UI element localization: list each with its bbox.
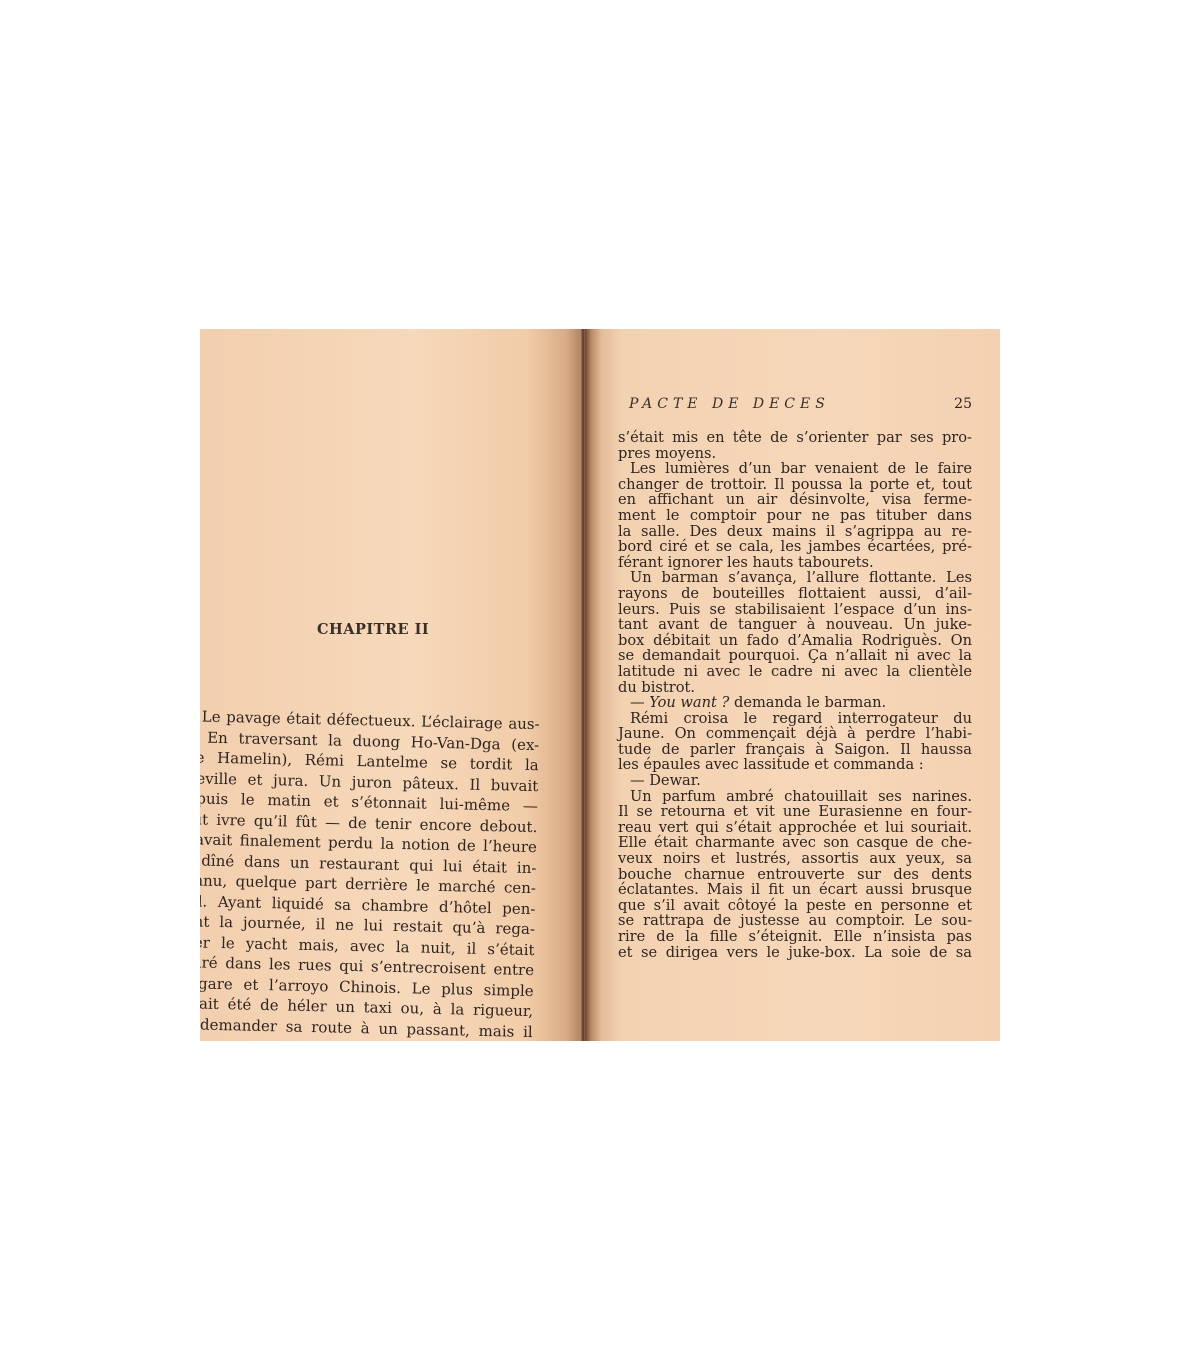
text-line: que s’il avait côtoyé la peste en person… — [618, 898, 972, 914]
text-line: Rémi croisa le regard interrogateur du — [618, 711, 972, 727]
running-head: PACTE DE DECES — [629, 396, 830, 412]
text-line: veux noirs et lustrés, assortis aux yeux… — [618, 851, 972, 867]
text-line: — You want ? demanda le barman. — [618, 695, 972, 711]
text-line: bord ciré et se cala, les jambes écartée… — [618, 539, 972, 555]
text-line: — Dewar. — [618, 773, 972, 789]
text-line: férant ignorer les hauts tabourets. — [618, 555, 972, 571]
text-line: la salle. Des deux mains il s’agrippa au… — [618, 524, 972, 540]
text-line: pres moyens. — [618, 446, 972, 462]
text-line: et se dirigea vers le juke-box. La soie … — [618, 945, 972, 961]
text-line: tude de parler français à Saigon. Il hau… — [618, 742, 972, 758]
text-line: rayons de bouteilles flottaient aussi, d… — [618, 586, 972, 602]
text-line: leurs. Puis se stabilisaient l’espace d’… — [618, 602, 972, 618]
text-line: rire de la fille s’éteignit. Elle n’insi… — [618, 929, 972, 945]
text-line: ment le comptoir pour ne pas tituber dan… — [618, 508, 972, 524]
chapter-title: CHAPITRE II — [317, 621, 429, 638]
text-line: Il se retourna et vit une Eurasienne en … — [618, 804, 972, 820]
left-page-body: Le pavage était défectueux. L’éclairage … — [200, 706, 540, 1041]
text-line: éclatantes. Mais il fit un écart aussi b… — [618, 882, 972, 898]
text-line: box débitait un fado d’Amalia Rodriguès.… — [618, 633, 972, 649]
text-line: Elle était charmante avec son casque de … — [618, 835, 972, 851]
text-line: se rattrapa de justesse au comptoir. Le … — [618, 913, 972, 929]
text-line: Jaune. On commençait déjà à perdre l’hab… — [618, 726, 972, 742]
book-spread: CHAPITRE II Le pavage était défectueux. … — [200, 329, 1000, 1041]
text-line: tant avant de tanguer à nouveau. Un juke… — [618, 617, 972, 633]
text-line: latitude ni avec le cadre ni avec la cli… — [618, 664, 972, 680]
right-page-body: s’était mis en tête de s’orienter par se… — [618, 430, 972, 960]
text-line: s’était mis en tête de s’orienter par se… — [618, 430, 972, 446]
page-number: 25 — [954, 396, 972, 412]
text-line: se demandait pourquoi. Ça n’allait ni av… — [618, 648, 972, 664]
text-line: Un barman s’avança, l’allure flottante. … — [618, 570, 972, 586]
text-line: bouche charnue entrouverte sur des dents — [618, 867, 972, 883]
text-line: reau vert qui s’était approchée et lui s… — [618, 820, 972, 836]
left-page: CHAPITRE II Le pavage était défectueux. … — [200, 329, 585, 1041]
text-line: en affichant un air désinvolte, visa fer… — [618, 492, 972, 508]
text-line: Les lumières d’un bar venaient de le fai… — [618, 461, 972, 477]
text-line: du bistrot. — [618, 680, 972, 696]
text-line: les épaules avec lassitude et commanda : — [618, 757, 972, 773]
text-line: Un parfum ambré chatouillait ses narines… — [618, 789, 972, 805]
text-line: changer de trottoir. Il poussa la porte … — [618, 477, 972, 493]
right-page: PACTE DE DECES 25 s’était mis en tête de… — [585, 329, 1000, 1041]
